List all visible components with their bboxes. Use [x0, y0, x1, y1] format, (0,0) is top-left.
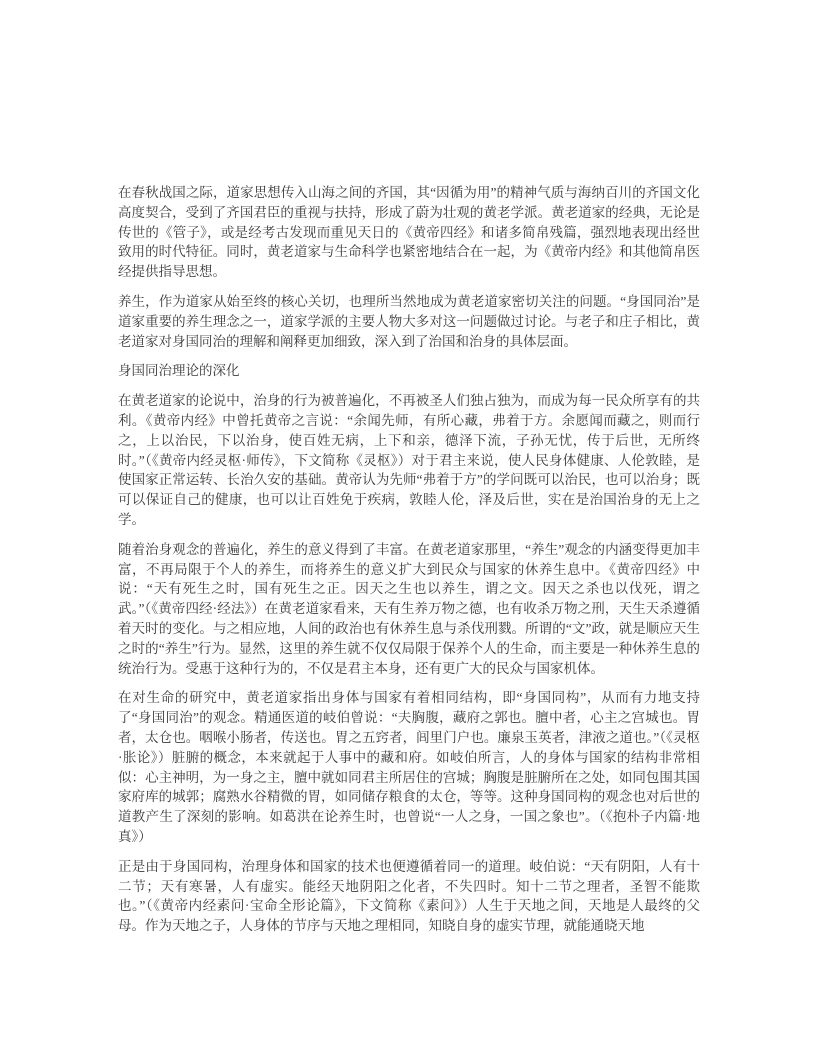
section-heading: 身国同治理论的深化: [118, 361, 700, 381]
paragraph-body-1: 在黄老道家的论说中，治身的行为被普遍化，不再被圣人们独占独为，而成为每一民众所享…: [118, 391, 700, 530]
paragraph-intro-1: 在春秋战国之际，道家思想传入山海之间的齐国，其“因循为用”的精神气质与海纳百川的…: [118, 183, 700, 282]
document-content: 在春秋战国之际，道家思想传入山海之间的齐国，其“因循为用”的精神气质与海纳百川的…: [118, 183, 700, 946]
paragraph-body-2: 随着治身观念的普遍化，养生的意义得到了丰富。在黄老道家那里，“养生”观念的内涵变…: [118, 540, 700, 679]
paragraph-body-4: 正是由于身国同构，治理身体和国家的技术也便遵循着同一的道理。岐伯说：“天有阴阳，…: [118, 857, 700, 936]
paragraph-intro-2: 养生，作为道家从始至终的核心关切，也理所当然地成为黄老道家密切关注的问题。“身国…: [118, 292, 700, 351]
document-page: 在春秋战国之际，道家思想传入山海之间的齐国，其“因循为用”的精神气质与海纳百川的…: [0, 0, 816, 1056]
paragraph-body-3: 在对生命的研究中，黄老道家指出身体与国家有着相同结构，即“身国同构”，从而有力地…: [118, 688, 700, 846]
